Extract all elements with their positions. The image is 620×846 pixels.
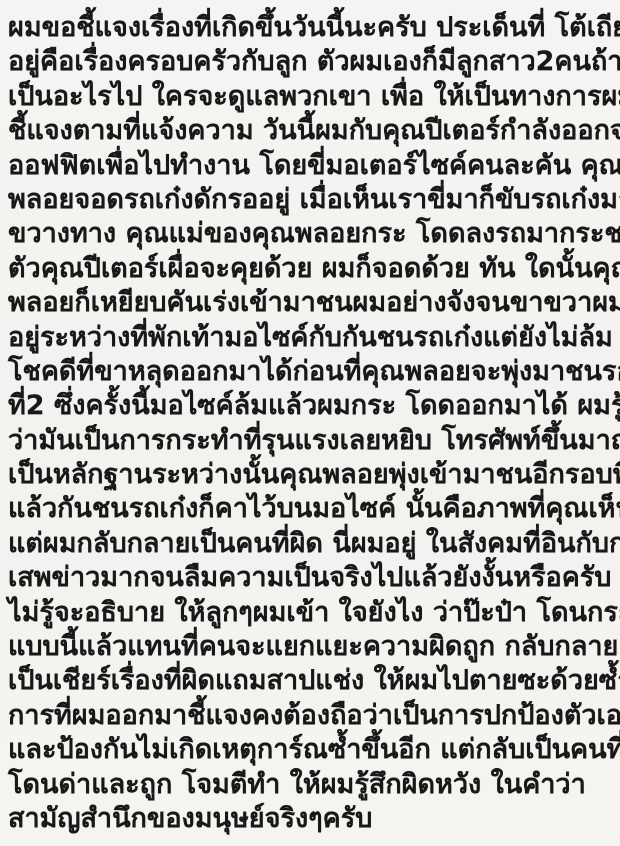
text-line: เป็นอะไรไป ใครจะดูแลพวกเขา เพื่อ ให้เป็น… bbox=[8, 80, 614, 114]
text-line: โชคดีที่ขาหลุดออกมาได้ก่อนที่คุณพลอยจะพุ… bbox=[8, 355, 614, 389]
text-line: โดนด่าและถูก โจมตีทำ ให้ผมรู้สึกผิดหวัง … bbox=[8, 768, 614, 802]
post-text: ผมขอชี้แจงเรื่องที่เกิดขึ้นวันนี้นะครับ … bbox=[8, 11, 614, 836]
text-line: แต่ผมกลับกลายเป็นคนที่ผิด นี่ผมอยู่ ในสั… bbox=[8, 527, 614, 561]
text-line: เสพข่าวมากจนลืมความเป็นจริงไปแล้วยังงั้น… bbox=[8, 561, 614, 595]
text-line: ผมขอชี้แจงเรื่องที่เกิดขึ้นวันนี้นะครับ … bbox=[8, 11, 614, 45]
text-line: พลอยก็เหยียบคันเร่งเข้ามาชนผมอย่างจังจนข… bbox=[8, 286, 614, 320]
text-line: ว่ามันเป็นการกระทำที่รุนแรงเลยหยิบ โทรศั… bbox=[8, 424, 614, 458]
text-line: แบบนี้แล้วแทนที่คนจะแยกแยะความผิดถูก กลั… bbox=[8, 630, 614, 664]
text-line: พลอยจอดรถเก๋งดักรออยู่ เมื่อเห็นเราขี่มา… bbox=[8, 183, 614, 217]
text-line: ไม่รู้จะอธิบาย ให้ลูกๆผมเข้า ใจยังไง ว่า… bbox=[8, 596, 614, 630]
text-line: เป็นเชียร์เรื่องที่ผิดแถมสาปแช่ง ให้ผมไป… bbox=[8, 664, 614, 698]
text-line: การที่ผมออกมาชี้แจงคงต้องถือว่าเป็นการปก… bbox=[8, 699, 614, 733]
text-line: ขวางทาง คุณแม่ของคุณพลอยกระ โดดลงรถมากระ… bbox=[8, 217, 614, 251]
text-line: ที่2 ซึ่งครั้งนี้มอไซค์ล้มแล้วผมกระ โดดอ… bbox=[8, 389, 614, 423]
statement-page: ผมขอชี้แจงเรื่องที่เกิดขึ้นวันนี้นะครับ … bbox=[0, 0, 620, 846]
text-line: และป้องกันไม่เกิดเหตุการ์ณซ้ำขึ้นอีก แต่… bbox=[8, 733, 614, 767]
text-line: อยู่คือเรื่องครอบครัวกับลูก ตัวผมเองก็มี… bbox=[8, 45, 614, 79]
text-line: ชี้แจงตามที่แจ้งความ วันนี้ผมกับคุณปีเตอ… bbox=[8, 114, 614, 148]
text-line: สามัญสำนึกของมนุษย์จริงๆครับ bbox=[8, 802, 614, 836]
text-line: ออฟฟิตเพื่อไปทำงาน โดยขี่มอเตอร์ไซค์คนละ… bbox=[8, 149, 614, 183]
text-line: อยู่ระหว่างที่พักเท้ามอไซค์กับกันชนรถเก๋… bbox=[8, 321, 614, 355]
text-line: แล้วกันชนรถเก๋งก็คาไว้บนมอไซค์ นั้นคือภา… bbox=[8, 492, 614, 526]
text-line: เป็นหลักฐานระหว่างนั้นคุณพลอยพุ่งเข้ามาช… bbox=[8, 458, 614, 492]
text-line: ตัวคุณปีเตอร์เผื่อจะคุยด้วย ผมก็จอดด้วย … bbox=[8, 252, 614, 286]
